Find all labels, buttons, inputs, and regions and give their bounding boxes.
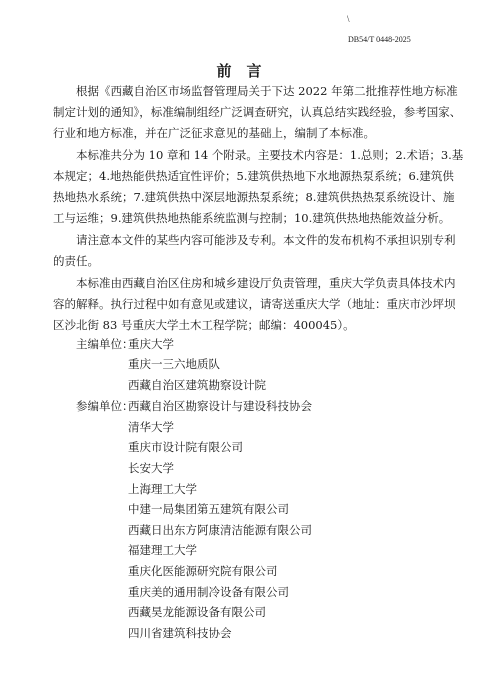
participating-unit-item: 西藏自治区勘察设计与建设科技协会 — [128, 399, 312, 413]
document-number: DB54/T 0448-2025 — [348, 35, 411, 44]
chief-unit-item: 重庆一三六地质队 — [128, 357, 220, 371]
paragraph-3-line-1: 请注意本文件的某些内容可能涉及专利。本文件的发布机构不承担识别专利 — [76, 233, 423, 247]
participating-unit-item: 清华大学 — [128, 420, 174, 434]
paragraph-4-line-1: 本标准由西藏自治区住房和城乡建设厅负责管理，重庆大学负责具体技术内 — [76, 276, 423, 290]
paragraph-2-line-1: 本标准共分为 10 章和 14 个附录。主要技术内容是：1.总则；2.术语；3.… — [76, 148, 423, 162]
participating-unit-item: 重庆化医能源研究院有限公司 — [128, 564, 278, 578]
paragraph-1-line-1: 根据《西藏自治区市场监督管理局关于下达 2022 年第二批推荐性地方标准 — [76, 84, 423, 98]
header-mark: \ — [347, 14, 350, 24]
participating-unit-item: 西藏日出东方阿康清洁能源有限公司 — [128, 523, 312, 537]
participating-unit-item: 中建一局集团第五建筑有限公司 — [128, 502, 289, 516]
paragraph-4-line-2: 容的解释。执行过程中如有意见或建议，请寄送重庆大学（地址：重庆市沙坪坝 — [53, 297, 423, 311]
chief-unit-item: 西藏自治区建筑勘察设计院 — [128, 378, 266, 392]
chief-unit-item: 重庆大学 — [128, 337, 174, 351]
participating-unit-item: 重庆美的通用制冷设备有限公司 — [128, 585, 289, 599]
participating-unit-item: 西藏昊龙能源设备有限公司 — [128, 605, 266, 619]
paragraph-2-line-4: 工与运维；9.建筑供热地热能系统监测与控制；10.建筑供热地热能效益分析。 — [53, 211, 423, 225]
paragraph-3-line-2: 的责任。 — [53, 254, 423, 268]
paragraph-1-line-3: 行业和地方标准，并在广泛征求意见的基础上，编制了本标准。 — [53, 126, 423, 140]
chief-units-label: 主编单位： — [76, 337, 134, 351]
participating-unit-item: 重庆市设计院有限公司 — [128, 440, 243, 454]
participating-unit-item: 上海理工大学 — [128, 482, 197, 496]
participating-units-label: 参编单位： — [76, 399, 134, 413]
participating-unit-item: 长安大学 — [128, 461, 174, 475]
paragraph-2-line-3: 热地热水系统；7.建筑供热中深层地源热泵系统；8.建筑供热热泵系统设计、施 — [53, 190, 423, 204]
paragraph-4-line-3: 区沙北街 83 号重庆大学土木工程学院；邮编：400045）。 — [53, 318, 423, 332]
participating-unit-item: 四川省建筑科技协会 — [128, 626, 232, 640]
paragraph-1-line-2: 制定计划的通知》，标准编制组经广泛调查研究，认真总结实践经验，参考国家、 — [53, 105, 423, 119]
paragraph-2-line-2: 本规定；4.地热能供热适宜性评价；5.建筑供热地下水地源热泵系统；6.建筑供 — [53, 169, 423, 183]
page-title: 前 言 — [0, 60, 478, 81]
participating-unit-item: 福建理工大学 — [128, 543, 197, 557]
